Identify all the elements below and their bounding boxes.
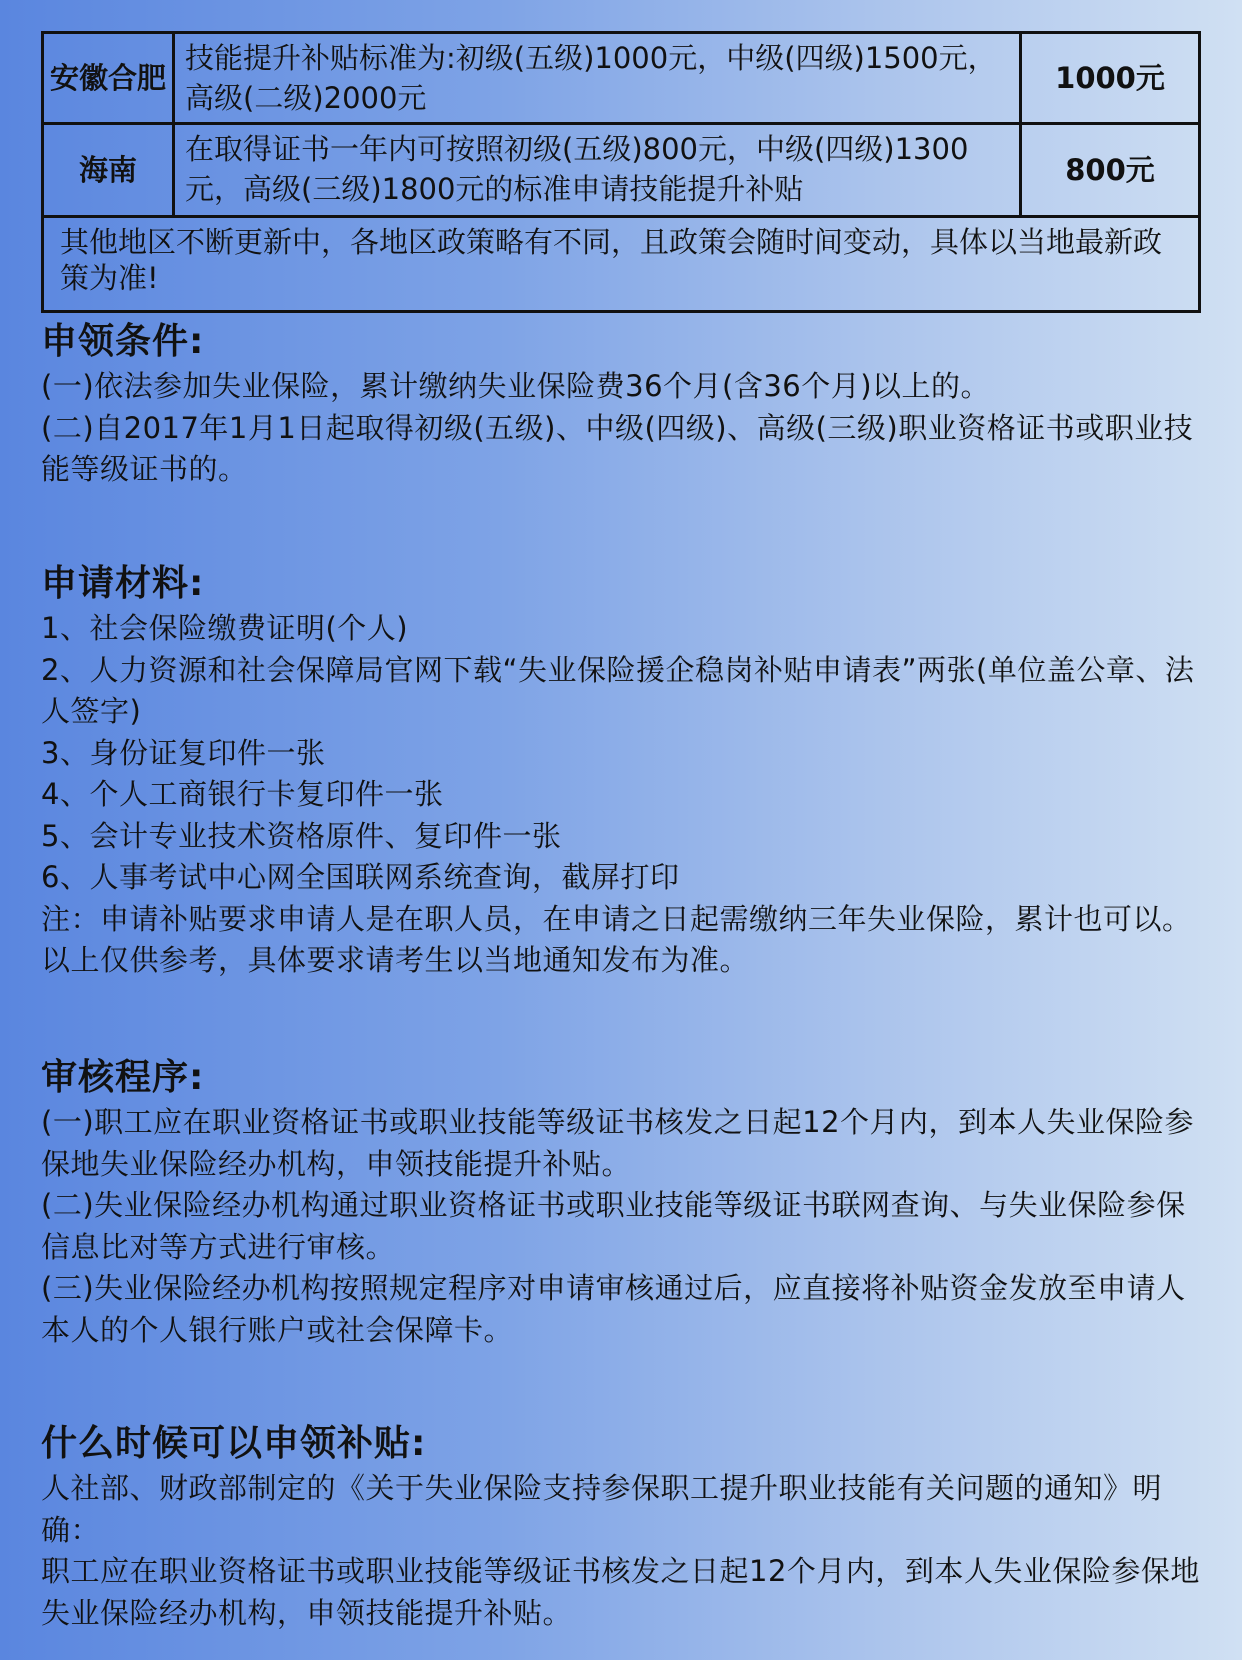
section-line: 5、会计专业技术资格原件、复印件一张	[41, 816, 1201, 858]
section-line: (二)失业保险经办机构通过职业资格证书或职业技能等级证书联网查询、与失业保险参保…	[41, 1185, 1201, 1268]
section-note: 注：申请补贴要求申请人是在职人员，在申请之日起需缴纳三年失业保险，累计也可以。以…	[41, 899, 1201, 982]
description-cell: 在取得证书一年内可按照初级(五级)800元，中级(四级)1300元，高级(三级)…	[174, 124, 1021, 217]
subsidy-policy-page: 安徽合肥 技能提升补贴标准为:初级(五级)1000元，中级(四级)1500元，高…	[0, 0, 1242, 1660]
section-line: 3、身份证复印件一张	[41, 733, 1201, 775]
amount-cell: 1000元	[1021, 33, 1200, 124]
section-line: 2、人力资源和社会保障局官网下载“失业保险援企稳岗补贴申请表”两张(单位盖公章、…	[41, 650, 1201, 733]
section-heading: 审核程序:	[41, 1054, 1201, 1102]
section-review-procedure: 审核程序: (一)职工应在职业资格证书或职业技能等级证书核发之日起12个月内，到…	[41, 1054, 1201, 1351]
table-footer-row: 其他地区不断更新中，各地区政策略有不同，且政策会随时间变动，具体以当地最新政策为…	[43, 217, 1200, 312]
footer-note: 其他地区不断更新中，各地区政策略有不同，且政策会随时间变动，具体以当地最新政策为…	[43, 217, 1200, 312]
section-line: (一)依法参加失业保险，累计缴纳失业保险费36个月(含36个月)以上的。	[41, 366, 1201, 408]
section-line: 1、社会保险缴费证明(个人)	[41, 608, 1201, 650]
section-line: 6、人事考试中心网全国联网系统查询，截屏打印	[41, 857, 1201, 899]
section-heading: 申领条件:	[41, 318, 1201, 366]
section-heading: 申请材料:	[41, 560, 1201, 608]
section-line: (二)自2017年1月1日起取得初级(五级)、中级(四级)、高级(三级)职业资格…	[41, 408, 1201, 491]
section-line: 职工应在职业资格证书或职业技能等级证书核发之日起12个月内，到本人失业保险参保地…	[41, 1551, 1201, 1634]
regional-subsidy-table: 安徽合肥 技能提升补贴标准为:初级(五级)1000元，中级(四级)1500元，高…	[41, 31, 1201, 313]
table-row: 安徽合肥 技能提升补贴标准为:初级(五级)1000元，中级(四级)1500元，高…	[43, 33, 1200, 124]
amount-cell: 800元	[1021, 124, 1200, 217]
section-heading: 什么时候可以申领补贴:	[41, 1420, 1201, 1468]
description-text: 在取得证书一年内可按照初级(五级)800元，中级(四级)1300元，高级(三级)…	[185, 125, 1011, 215]
section-when-to-apply: 什么时候可以申领补贴: 人社部、财政部制定的《关于失业保险支持参保职工提升职业技…	[41, 1420, 1201, 1634]
section-line: 人社部、财政部制定的《关于失业保险支持参保职工提升职业技能有关问题的通知》明确：	[41, 1468, 1201, 1551]
description-cell: 技能提升补贴标准为:初级(五级)1000元，中级(四级)1500元，高级(二级)…	[174, 33, 1021, 124]
section-line: (一)职工应在职业资格证书或职业技能等级证书核发之日起12个月内，到本人失业保险…	[41, 1102, 1201, 1185]
region-cell: 海南	[43, 124, 174, 217]
section-eligibility: 申领条件: (一)依法参加失业保险，累计缴纳失业保险费36个月(含36个月)以上…	[41, 318, 1201, 491]
section-materials: 申请材料: 1、社会保险缴费证明(个人) 2、人力资源和社会保障局官网下载“失业…	[41, 560, 1201, 982]
section-line: 4、个人工商银行卡复印件一张	[41, 774, 1201, 816]
region-cell: 安徽合肥	[43, 33, 174, 124]
table-row: 海南 在取得证书一年内可按照初级(五级)800元，中级(四级)1300元，高级(…	[43, 124, 1200, 217]
section-line: (三)失业保险经办机构按照规定程序对申请审核通过后，应直接将补贴资金发放至申请人…	[41, 1268, 1201, 1351]
